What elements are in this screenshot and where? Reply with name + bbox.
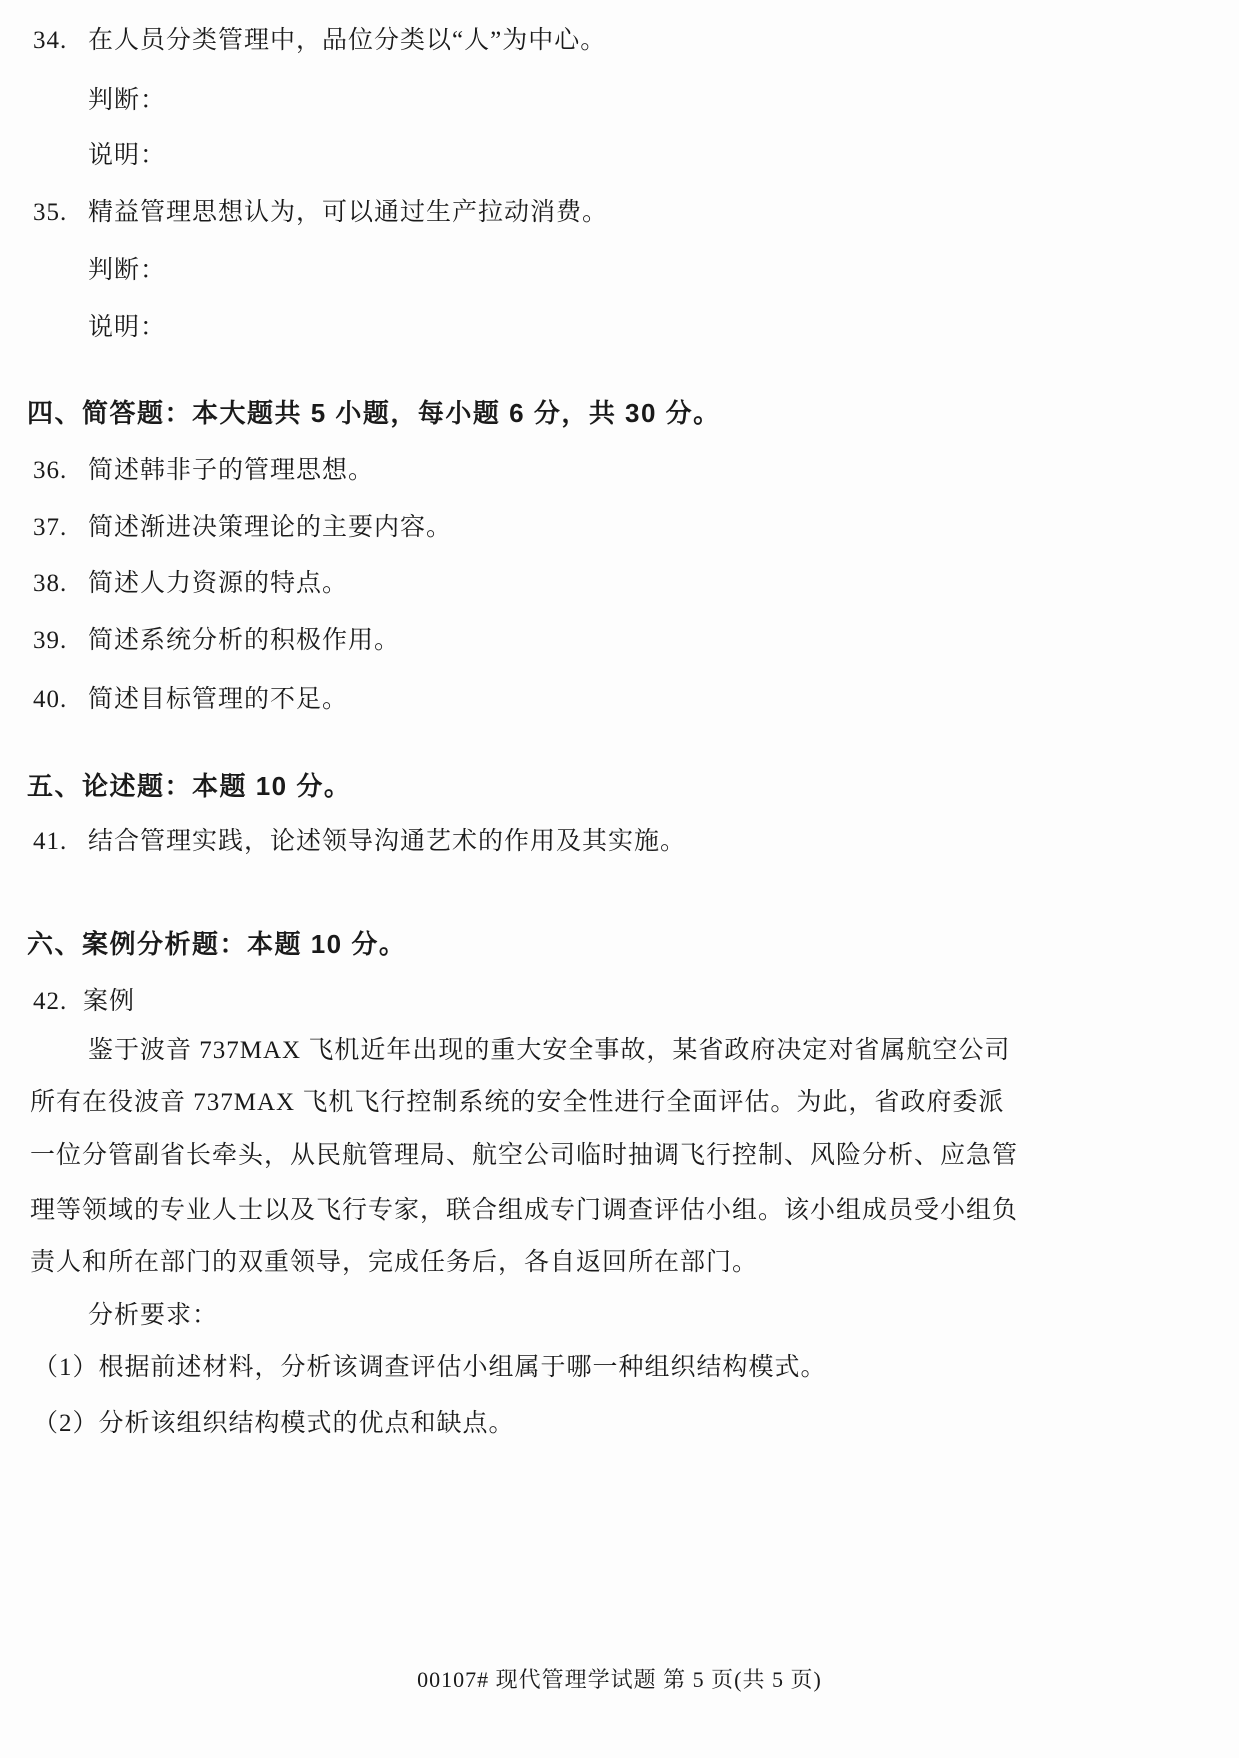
case-paragraph-line-5: 责人和所在部门的双重领导，完成任务后，各自返回所在部门。 <box>30 1249 758 1277</box>
question-35-judge-label: 判断： <box>88 257 166 285</box>
section-6-heading: 六、案例分析题：本题 10 分。 <box>27 930 406 958</box>
page-footer: 00107# 现代管理学试题 第 5 页(共 5 页) <box>0 1663 1239 1694</box>
case-paragraph-line-3: 一位分管副省长牵头，从民航管理局、航空公司临时抽调飞行控制、风险分析、应急管 <box>30 1142 1018 1170</box>
question-36: 36.简述韩非子的管理思想。 <box>33 457 374 485</box>
question-42-label: 案例 <box>83 988 135 1015</box>
question-40-number: 40. <box>33 686 88 714</box>
question-34: 34.在人员分类管理中，品位分类以“人”为中心。 <box>33 27 606 55</box>
question-40: 40.简述目标管理的不足。 <box>33 686 348 714</box>
section-4-heading: 四、简答题：本大题共 5 小题，每小题 6 分，共 30 分。 <box>27 399 721 427</box>
question-35-text: 精益管理思想认为，可以通过生产拉动消费。 <box>88 199 608 226</box>
case-paragraph-line-4: 理等领域的专业人士以及飞行专家，联合组成专门调查评估小组。该小组成员受小组负 <box>30 1197 1018 1225</box>
question-41: 41.结合管理实践，论述领导沟通艺术的作用及其实施。 <box>33 828 686 856</box>
question-36-text: 简述韩非子的管理思想。 <box>88 457 374 484</box>
question-37-text: 简述渐进决策理论的主要内容。 <box>88 514 452 541</box>
question-35-explain-label: 说明： <box>88 314 166 342</box>
question-35-number: 35. <box>33 199 88 227</box>
question-38-text: 简述人力资源的特点。 <box>88 570 348 597</box>
question-39-text: 简述系统分析的积极作用。 <box>88 627 400 654</box>
question-37: 37.简述渐进决策理论的主要内容。 <box>33 514 452 542</box>
question-42: 42.案例 <box>33 988 135 1016</box>
question-36-number: 36. <box>33 457 88 485</box>
question-41-number: 41. <box>33 828 88 856</box>
case-paragraph-line-1: 鉴于波音 737MAX 飞机近年出现的重大安全事故，某省政府决定对省属航空公司 <box>88 1037 1010 1065</box>
question-37-number: 37. <box>33 514 88 542</box>
exam-page: 34.在人员分类管理中，品位分类以“人”为中心。 判断： 说明： 35.精益管理… <box>0 0 1239 1758</box>
sub-question-2: （2）分析该组织结构模式的优点和缺点。 <box>33 1410 515 1438</box>
question-42-number: 42. <box>33 988 83 1016</box>
question-35: 35.精益管理思想认为，可以通过生产拉动消费。 <box>33 199 608 227</box>
question-34-explain-label: 说明： <box>88 142 166 170</box>
analysis-requirements-label: 分析要求： <box>88 1302 218 1330</box>
question-38: 38.简述人力资源的特点。 <box>33 570 348 598</box>
question-39: 39.简述系统分析的积极作用。 <box>33 627 400 655</box>
question-38-number: 38. <box>33 570 88 598</box>
case-paragraph-line-2: 所有在役波音 737MAX 飞机飞行控制系统的安全性进行全面评估。为此，省政府委… <box>30 1089 1004 1117</box>
question-34-text: 在人员分类管理中，品位分类以“人”为中心。 <box>88 27 606 54</box>
section-5-heading: 五、论述题：本题 10 分。 <box>27 772 351 800</box>
question-40-text: 简述目标管理的不足。 <box>88 686 348 713</box>
question-34-judge-label: 判断： <box>88 87 166 115</box>
sub-question-1: （1）根据前述材料，分析该调查评估小组属于哪一种组织结构模式。 <box>33 1354 827 1382</box>
question-41-text: 结合管理实践，论述领导沟通艺术的作用及其实施。 <box>88 828 686 855</box>
question-39-number: 39. <box>33 627 88 655</box>
question-34-number: 34. <box>33 27 88 55</box>
